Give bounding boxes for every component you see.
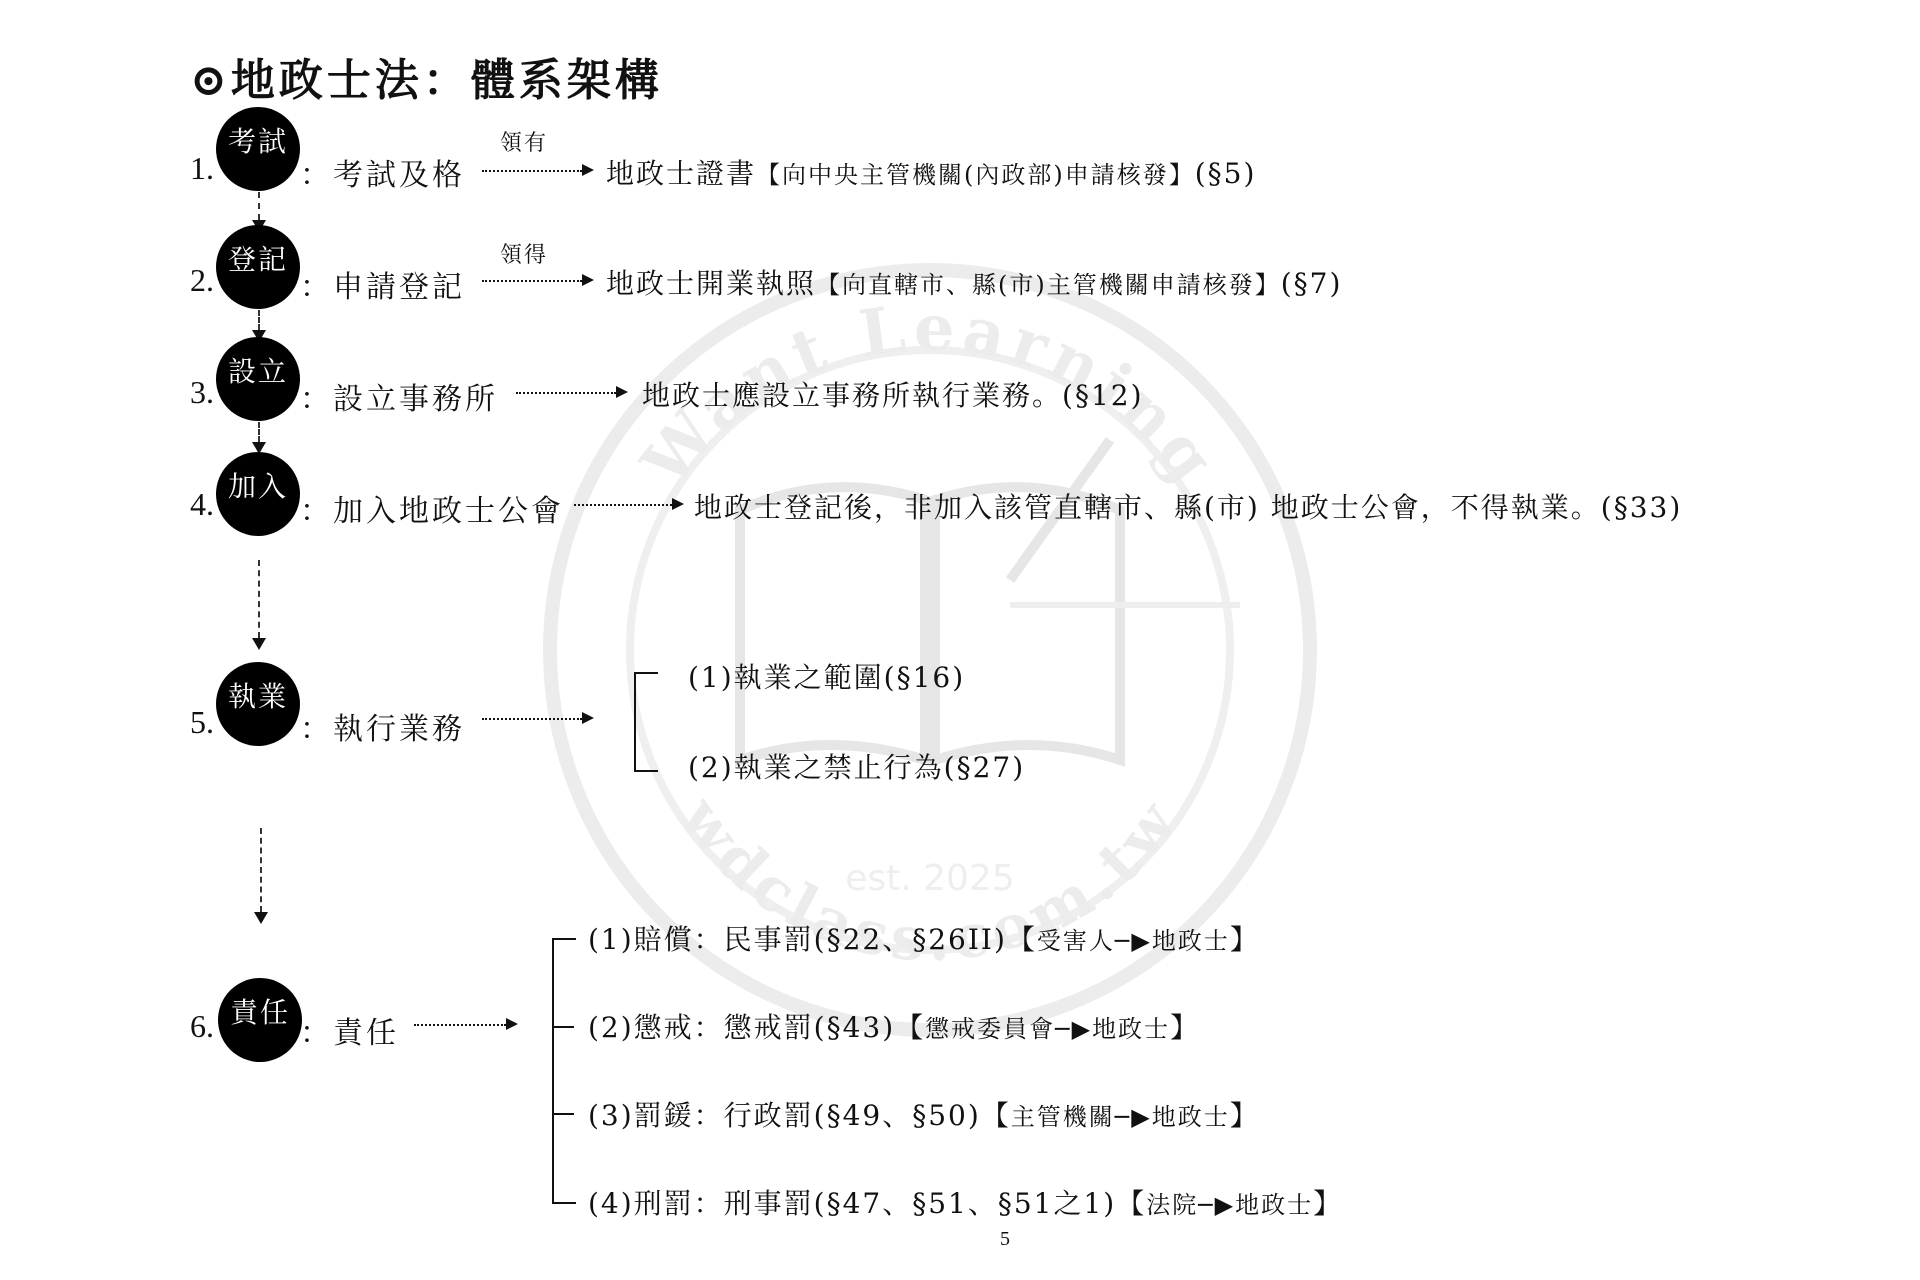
page-number: 5 [1000,1228,1010,1251]
liability-item: (4)刑罰：刑事罰(§47、§51、§51之1)【法院─▶地政士】 [588,1182,1343,1222]
row-result: 地政士應設立事務所執行業務。(§12) [642,374,1144,414]
row-number: 5. [190,704,214,741]
liability-item: (2)懲戒：懲戒罰(§43)【懲戒委員會─▶地政士】 [588,1006,1200,1046]
bracket-tick [554,1026,574,1028]
row-result: 地政士登記後，非加入該管直轄市、縣(市) 地政士公會，不得執業。(§33) [694,486,1682,526]
right-arrow-icon [482,718,582,722]
right-arrow-icon [482,170,582,174]
row-number: 6. [190,1008,214,1045]
badge-register: 登記 [216,225,300,309]
arrow-label: 領有 [500,126,548,157]
row-number: 4. [190,486,214,523]
row-result: 地政士證書【向中央主管機關(內政部)申請核發】(§5) [606,152,1256,192]
row-label: ：設立事務所 [300,374,498,418]
down-arrow-icon [260,828,262,912]
down-arrow-icon [258,560,260,638]
liability-item: (1)賠償：民事罰(§22、§26II)【受害人─▶地政士】 [588,918,1260,958]
row-number: 1. [190,150,214,187]
badge-practice: 執業 [216,662,300,746]
right-arrow-icon [574,504,672,508]
arrow-label: 領得 [500,238,548,269]
badge-establish: 設立 [216,337,300,421]
page-title: ⊙地政士法：體系架構 [190,44,663,108]
bracket [552,938,576,1204]
row-label: ：執行業務 [300,704,465,748]
down-arrow-icon [258,192,260,220]
row-label: ：責任 [300,1008,399,1052]
row-number: 2. [190,262,214,299]
watermark-logo: Want Learning wdclass.com.tw est. 2025 [470,200,1390,1100]
badge-join: 加入 [216,452,300,536]
liability-item: (3)罰鍰：行政罰(§49、§50)【主管機關─▶地政士】 [588,1094,1260,1134]
badge-liability: 責任 [218,978,302,1062]
row-label: ：申請登記 [300,262,465,306]
bracket-tick [554,1113,574,1115]
row-label: ：考試及格 [300,150,465,194]
svg-text:est. 2025: est. 2025 [845,858,1015,899]
practice-item: (2)執業之禁止行為(§27) [688,746,1025,786]
right-arrow-icon [482,280,582,284]
row-label: ：加入地政士公會 [300,486,564,530]
row-number: 3. [190,374,214,411]
practice-item: (1)執業之範圍(§16) [688,656,965,696]
down-arrow-icon [258,422,260,442]
row-result: 地政士開業執照【向直轄市、縣(市)主管機關申請核發】(§7) [606,262,1342,302]
down-arrow-icon [258,310,260,330]
right-arrow-icon [516,392,616,396]
bracket [634,672,658,772]
right-arrow-icon [414,1024,506,1028]
badge-exam: 考試 [216,107,300,191]
